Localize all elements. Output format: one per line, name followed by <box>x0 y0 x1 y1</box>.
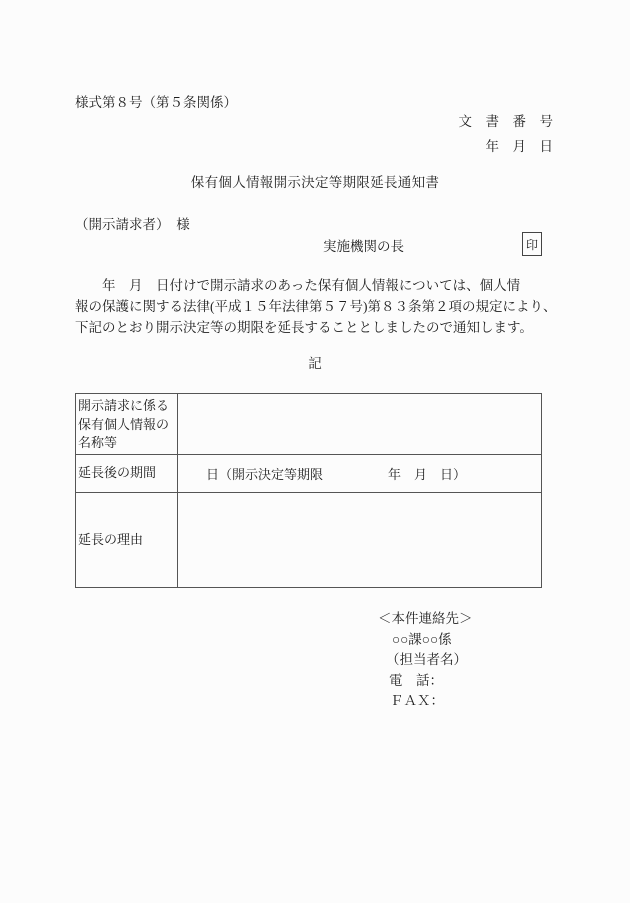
recipient-line: （開示請求者） 様 <box>75 213 190 233</box>
table-row-extended-period: 延長後の期間 日（開示決定等期限 年 月 日） <box>76 455 542 493</box>
body-line-3: 下記のとおり開示決定等の期限を延長することとしましたので通知します。 <box>75 317 559 338</box>
body-paragraph: 年 月 日付けで開示請求のあった保有個人情報については、個人情 報の保護に関する… <box>75 275 559 338</box>
form-number: 様式第８号（第５条関係） <box>75 91 237 111</box>
contact-block: ＜本件連絡先＞ ○○課○○係 （担当者名） 電 話： ＦＡＸ： <box>378 609 473 712</box>
row-label-cell: 延長の理由 <box>76 493 178 588</box>
contact-section: ○○課○○係 <box>378 630 473 651</box>
document-title: 保有個人情報開示決定等期限延長通知書 <box>0 171 630 191</box>
row-label-line: 名称等 <box>78 434 175 453</box>
row-label-line: 開示請求に係る <box>78 397 175 416</box>
ki-marker: 記 <box>0 352 630 372</box>
contact-person: （担当者名） <box>378 650 473 671</box>
seal-character: 印 <box>526 236 538 253</box>
row-label-cell: 延長後の期間 <box>76 455 178 493</box>
row-value-cell-empty <box>178 394 542 455</box>
seal-box: 印 <box>522 232 542 256</box>
body-line-1: 年 月 日付けで開示請求のあった保有個人情報については、個人情 <box>75 275 559 296</box>
row-value-cell-empty <box>178 493 542 588</box>
row-value-cell: 日（開示決定等期限 年 月 日） <box>178 455 542 493</box>
contact-header: ＜本件連絡先＞ <box>378 609 473 630</box>
table-row-extension-reason: 延長の理由 <box>76 493 542 588</box>
document-number-label: 文 書 番 号 <box>459 110 554 130</box>
row-label-line: 保有個人情報の <box>78 416 175 435</box>
contact-fax-label: ＦＡＸ： <box>378 691 473 712</box>
row-label-line: 延長の理由 <box>78 531 175 550</box>
issuer-line: 実施機関の長 <box>323 235 404 255</box>
document-page: 様式第８号（第５条関係） 文 書 番 号 年 月 日 保有個人情報開示決定等期限… <box>0 0 630 903</box>
row-label-line: 延長後の期間 <box>78 464 175 483</box>
document-date-label: 年 月 日 <box>486 135 554 155</box>
body-line-2: 報の保護に関する法律(平成１５年法律第５７号)第８３条第２項の規定により、 <box>75 296 559 317</box>
table-row-subject: 開示請求に係る 保有個人情報の 名称等 <box>76 394 542 455</box>
form-table: 開示請求に係る 保有個人情報の 名称等 延長後の期間 日（開示決定等期限 年 月… <box>75 393 542 588</box>
contact-phone-label: 電 話： <box>378 671 473 692</box>
row-label-cell: 開示請求に係る 保有個人情報の 名称等 <box>76 394 178 455</box>
